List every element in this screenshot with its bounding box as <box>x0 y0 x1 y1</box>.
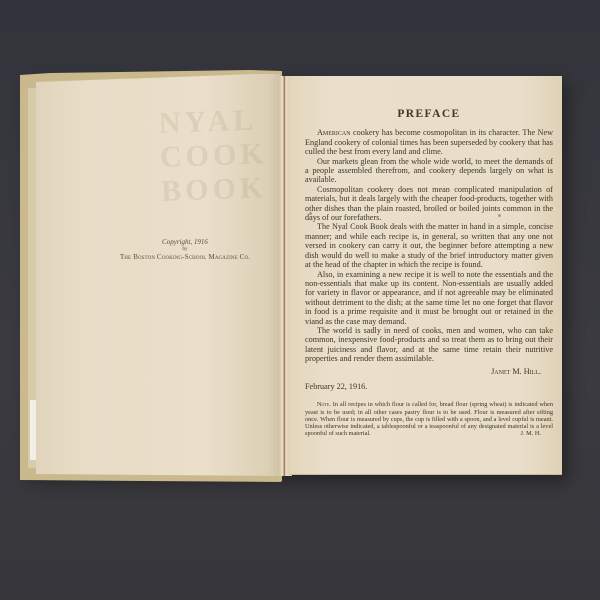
publisher-name: The Boston Cooking-School Magazine Co. <box>90 253 280 261</box>
foxing-spot <box>498 214 501 217</box>
note-initials: J. M. H. <box>509 430 553 437</box>
preface-heading: PREFACE <box>305 110 553 119</box>
drop-lead-word: American <box>317 128 351 137</box>
note-label: Note. <box>317 401 331 408</box>
preface-paragraph: American cookery has become cosmopolitan… <box>305 128 553 156</box>
copyright-block: Copyright, 1916 by The Boston Cooking-Sc… <box>90 238 280 261</box>
preface-paragraph: Cosmopolitan cookery does not mean compl… <box>305 185 553 223</box>
preface-paragraph: Also, in examining a new recipe it is we… <box>305 270 553 326</box>
copyright-line: Copyright, 1916 <box>90 238 280 246</box>
preface-paragraph: Our markets glean from the whole wide wo… <box>305 157 553 185</box>
preface-date: February 22, 1916. <box>305 382 553 391</box>
preface-paragraph: The world is sadly in need of cooks, men… <box>305 326 553 364</box>
preface-section: PREFACE American cookery has become cosm… <box>305 110 553 437</box>
bleed-through-title: NYAL COOK BOOK <box>158 103 271 209</box>
by-line: by <box>90 247 280 252</box>
footnote: Note. In all recipes in which flour is c… <box>305 401 553 437</box>
preface-paragraph: The Nyal Cook Book deals with the matter… <box>305 222 553 269</box>
torn-page-edge <box>30 400 36 460</box>
foxing-spot <box>309 212 312 215</box>
author-signature: Janet M. Hill. <box>305 367 553 376</box>
